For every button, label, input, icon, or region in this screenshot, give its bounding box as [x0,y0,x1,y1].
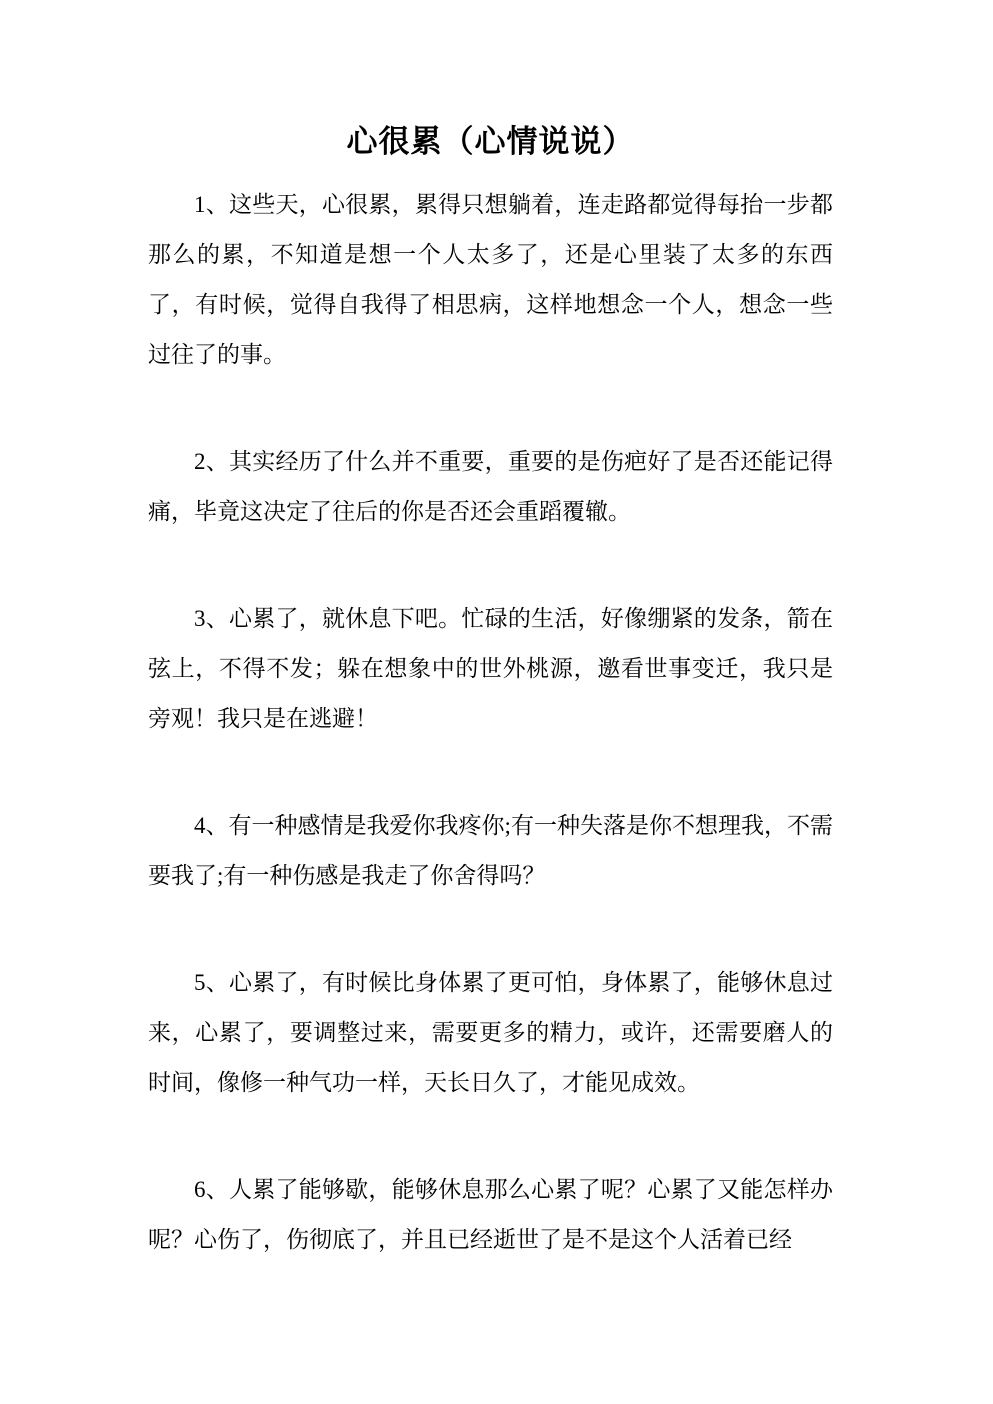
paragraph-3: 3、心累了，就休息下吧。忙碌的生活，好像绷紧的发条，箭在弦上，不得不发；躲在想象… [148,594,833,744]
paragraph-6: 6、人累了能够歇，能够休息那么心累了呢？心累了又能怎样办呢？心伤了，伤彻底了，并… [148,1165,833,1265]
paragraph-1: 1、这些天，心很累，累得只想躺着，连走路都觉得每抬一步都那么的累，不知道是想一个… [148,180,833,380]
paragraph-4: 4、有一种感情是我爱你我疼你;有一种失落是你不想理我，不需要我了;有一种伤感是我… [148,801,833,901]
document-page: 心很累（心情说说） 1、这些天，心很累，累得只想躺着，连走路都觉得每抬一步都那么… [0,0,993,1404]
paragraph-5: 5、心累了，有时候比身体累了更可怕，身体累了，能够休息过来，心累了，要调整过来，… [148,958,833,1108]
document-title: 心很累（心情说说） [148,120,833,164]
paragraph-2: 2、其实经历了什么并不重要，重要的是伤疤好了是否还能记得痛，毕竟这决定了往后的你… [148,437,833,537]
